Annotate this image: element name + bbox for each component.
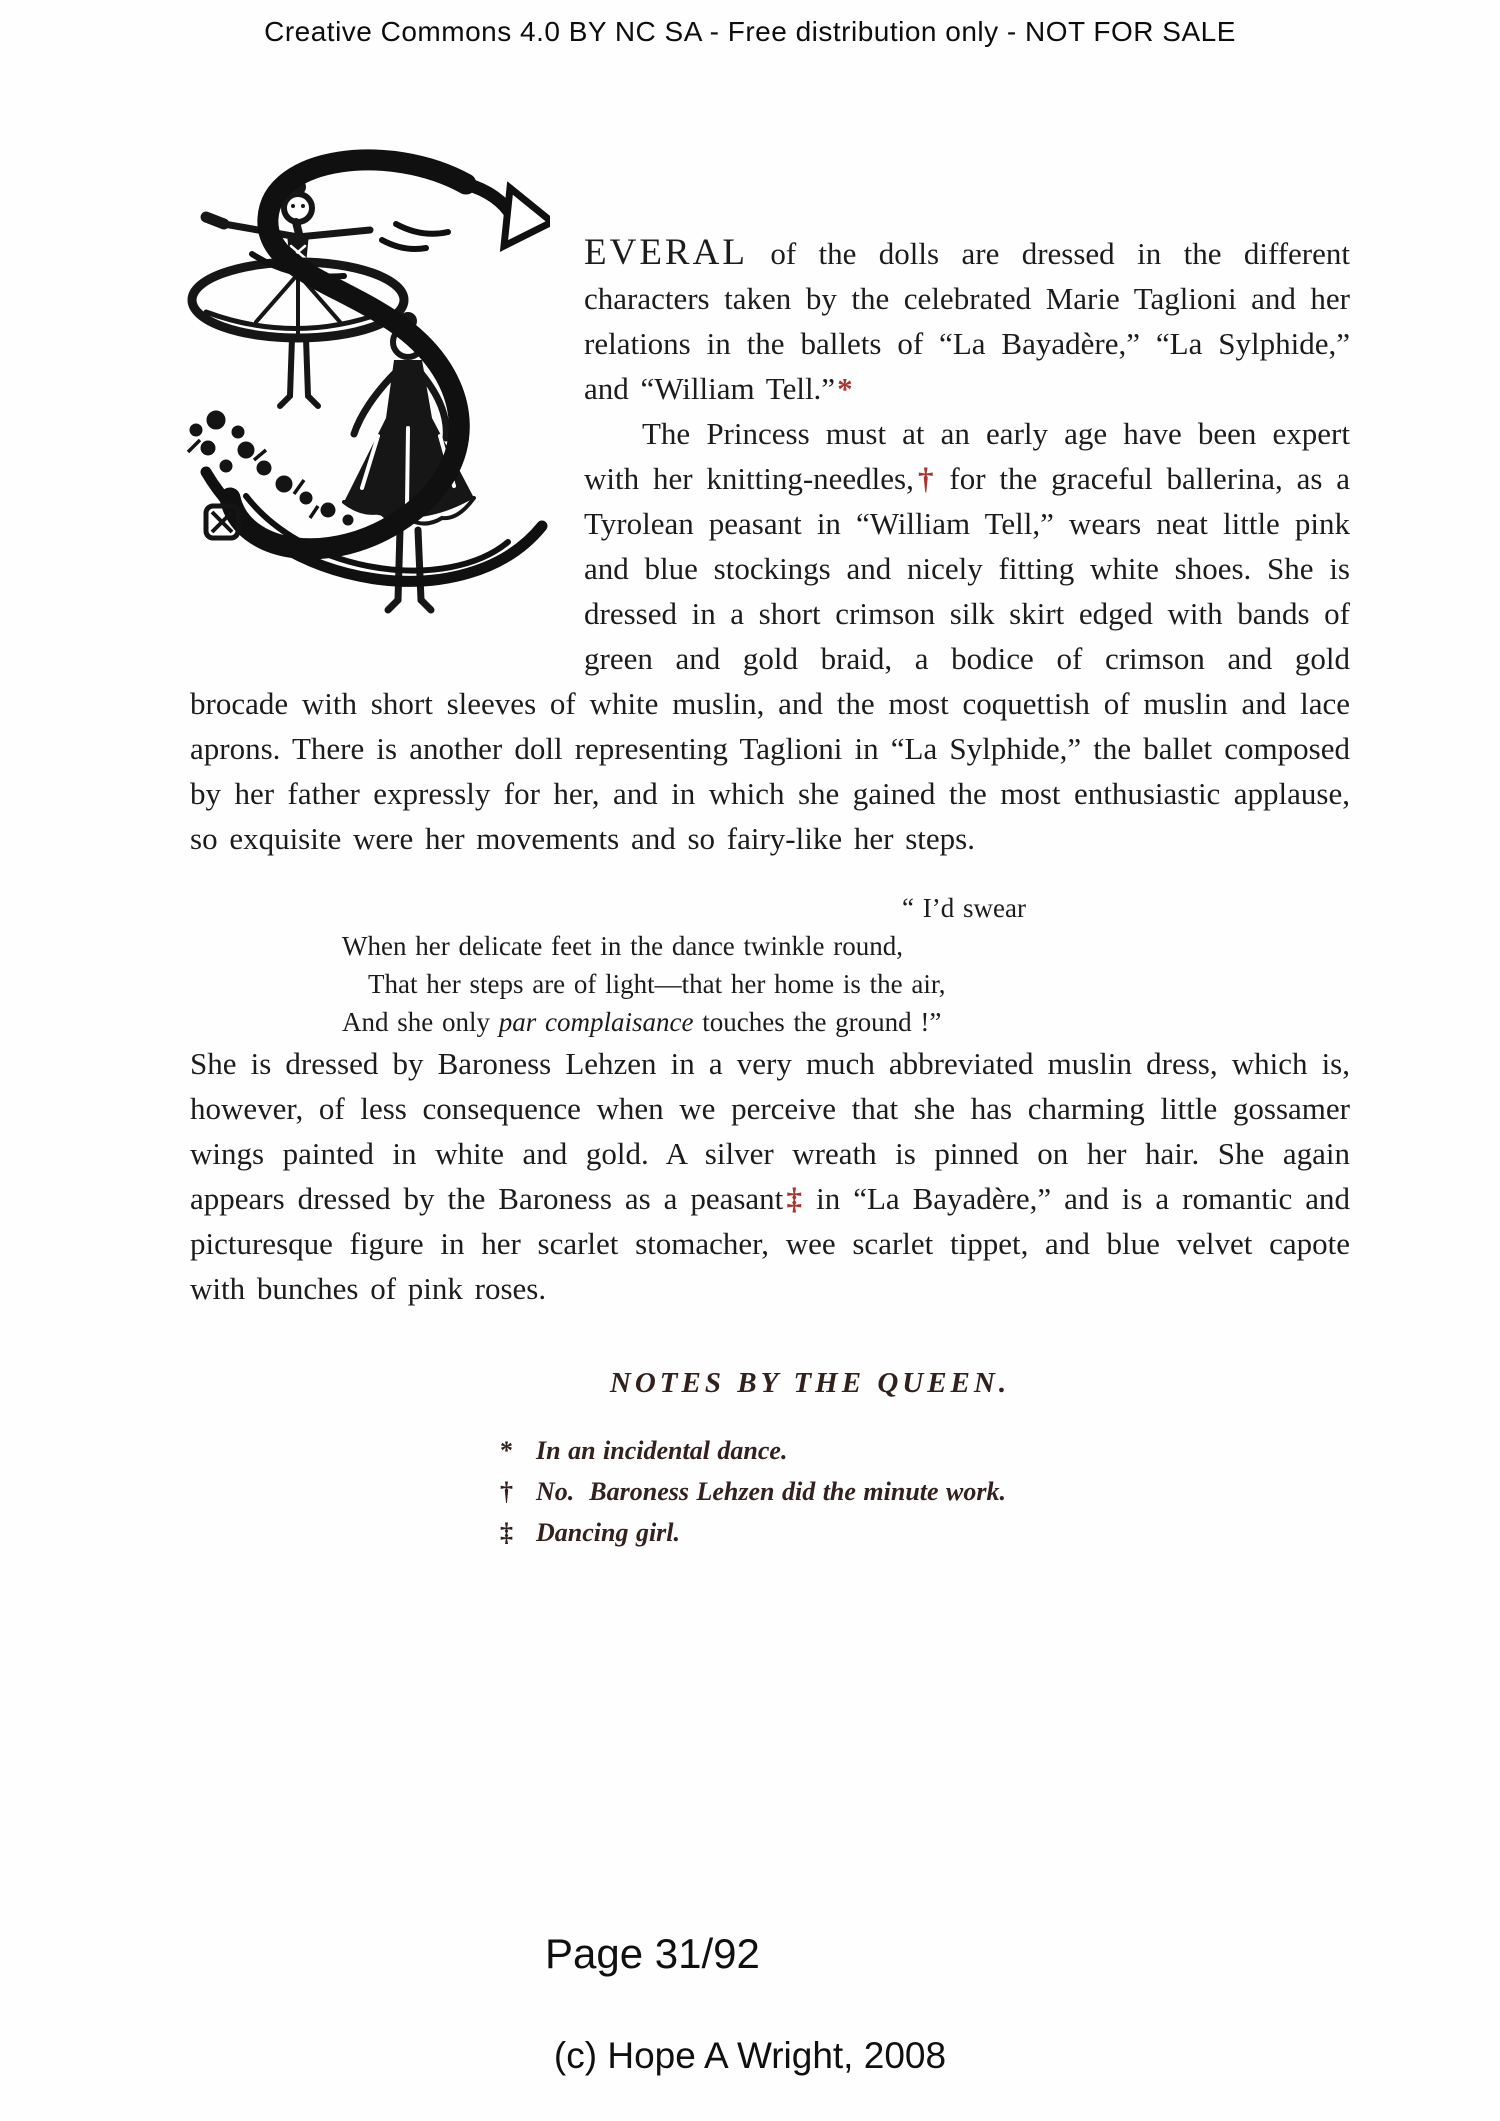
footnote-marker: * (500, 1430, 536, 1471)
verse-line: And she only par complaisance touches th… (190, 1003, 1350, 1041)
page-number-label: Page 31/92 (545, 1930, 760, 1978)
copyright-line: (c) Hope A Wright, 2008 (0, 2035, 1500, 2077)
footnote-item: † No. Baroness Lehzen did the minute wor… (500, 1471, 1350, 1512)
initial-s-illustration (150, 134, 550, 654)
footnote-text: In an incidental dance. (536, 1430, 787, 1471)
verse-quotation: “ I’d swear When her delicate feet in th… (190, 889, 1350, 1041)
verse-line: When her delicate feet in the dance twin… (190, 927, 1350, 965)
verse-line: That her steps are of light—that her hom… (190, 965, 1350, 1003)
footnote-text: Dancing girl. (536, 1512, 680, 1553)
arrow-tip-icon (504, 188, 550, 246)
verse-line-segment: And she only (342, 1007, 499, 1037)
footnote-marker: † (500, 1471, 536, 1512)
footnote-marker: ‡ (500, 1512, 536, 1553)
footnote-list: * In an incidental dance. † No. Baroness… (190, 1430, 1350, 1553)
opening-small-caps: EVERAL (584, 232, 748, 273)
footnote-ref-dagger: † (914, 461, 936, 496)
footnote-item: ‡ Dancing girl. (500, 1512, 1350, 1553)
verse-line-italic-segment: par complaisance (499, 1007, 694, 1037)
footnote-item: * In an incidental dance. (500, 1430, 1350, 1471)
upper-ballerina-figure (192, 179, 404, 406)
verse-line: “ I’d swear (190, 889, 1350, 927)
footnote-text: No. Baroness Lehzen did the minute work. (536, 1471, 1006, 1512)
verse-line-segment: touches the ground !” (693, 1007, 941, 1037)
notes-section: NOTES BY THE QUEEN. * In an incidental d… (190, 1361, 1350, 1553)
scanned-book-page: Creative Commons 4.0 BY NC SA - Free dis… (0, 0, 1500, 2121)
letter-s-swash (206, 160, 550, 581)
paragraph-baroness: She is dressed by Baroness Lehzen in a v… (190, 1041, 1350, 1311)
footnote-ref-double-dagger: ‡ (783, 1181, 803, 1216)
footnote-ref-asterisk: * (835, 371, 853, 406)
page-body: EVERAL of the dolls are dressed in the d… (190, 140, 1350, 1553)
license-header: Creative Commons 4.0 BY NC SA - Free dis… (0, 16, 1500, 48)
ballerina-dropcap-drawing (150, 134, 550, 654)
notes-heading: NOTES BY THE QUEEN. (190, 1361, 1350, 1406)
